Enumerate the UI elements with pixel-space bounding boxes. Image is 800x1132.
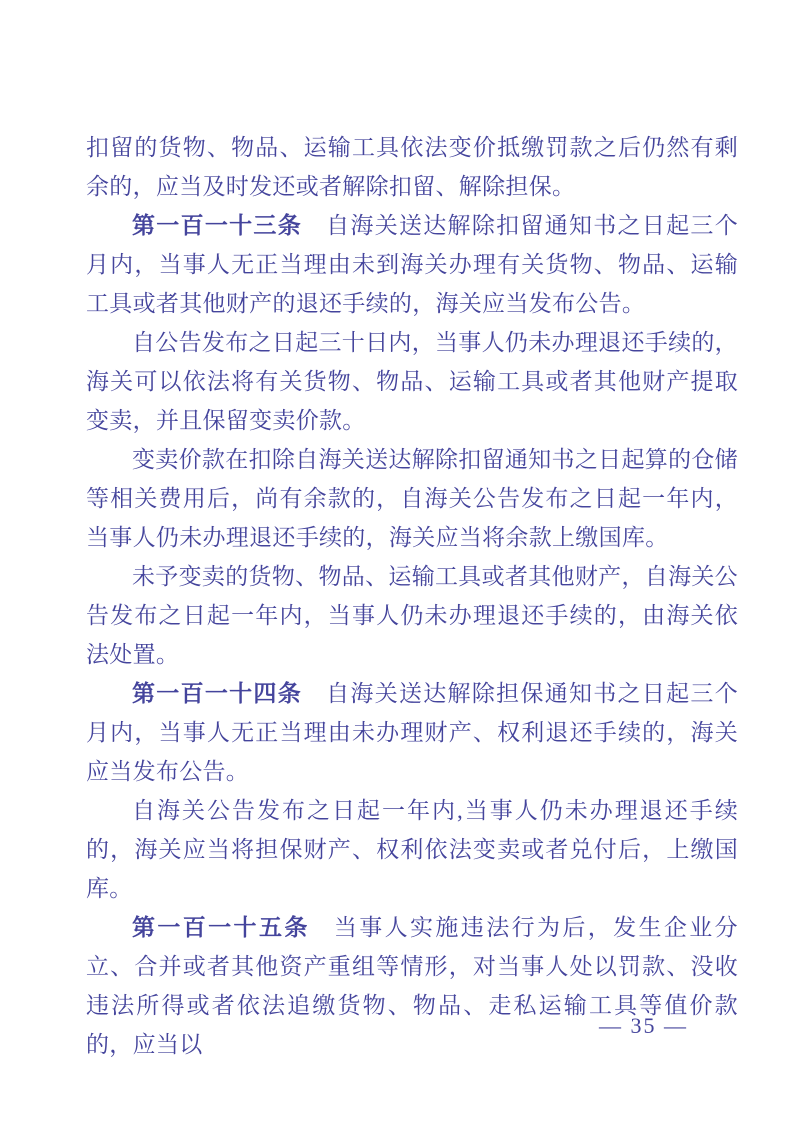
article-113-number: 第一百一十三条 xyxy=(132,213,302,238)
text-block: 扣留的货物、物品、运输工具依法变价抵缴罚款之后仍然有剩余的，应当及时发还或者解除… xyxy=(86,128,738,1064)
article-114-number: 第一百一十四条 xyxy=(132,681,302,706)
paragraph: 变卖价款在扣除自海关送达解除扣留通知书之日起算的仓储等相关费用后，尚有余款的，自… xyxy=(86,440,738,557)
article-115-number: 第一百一十五条 xyxy=(132,915,310,940)
paragraph-text: 变卖价款在扣除自海关送达解除扣留通知书之日起算的仓储等相关费用后，尚有余款的，自… xyxy=(86,447,738,550)
paragraph: 自海关公告发布之日起一年内,当事人仍未办理退还手续的，海关应当将担保财产、权利依… xyxy=(86,791,738,908)
article-115-paragraph: 第一百一十五条当事人实施违法行为后，发生企业分立、合并或者其他资产重组等情形，对… xyxy=(86,908,738,1064)
page-number: — 35 — xyxy=(599,1012,688,1040)
paragraph: 自公告发布之日起三十日内，当事人仍未办理退还手续的，海关可以依法将有关货物、物品… xyxy=(86,323,738,440)
paragraph-continuation: 扣留的货物、物品、运输工具依法变价抵缴罚款之后仍然有剩余的，应当及时发还或者解除… xyxy=(86,128,738,206)
document-page: 扣留的货物、物品、运输工具依法变价抵缴罚款之后仍然有剩余的，应当及时发还或者解除… xyxy=(0,0,800,1132)
paragraph-text: 扣留的货物、物品、运输工具依法变价抵缴罚款之后仍然有剩余的，应当及时发还或者解除… xyxy=(86,135,738,199)
paragraph-text: 自海关公告发布之日起一年内,当事人仍未办理退还手续的，海关应当将担保财产、权利依… xyxy=(86,798,738,901)
article-114-paragraph: 第一百一十四条自海关送达解除担保通知书之日起三个月内，当事人无正当理由未办理财产… xyxy=(86,674,738,791)
paragraph-text: 自公告发布之日起三十日内，当事人仍未办理退还手续的，海关可以依法将有关货物、物品… xyxy=(86,330,738,433)
paragraph: 未予变卖的货物、物品、运输工具或者其他财产，自海关公告发布之日起一年内，当事人仍… xyxy=(86,557,738,674)
paragraph-text: 未予变卖的货物、物品、运输工具或者其他财产，自海关公告发布之日起一年内，当事人仍… xyxy=(86,564,738,667)
article-113-paragraph: 第一百一十三条自海关送达解除扣留通知书之日起三个月内，当事人无正当理由未到海关办… xyxy=(86,206,738,323)
